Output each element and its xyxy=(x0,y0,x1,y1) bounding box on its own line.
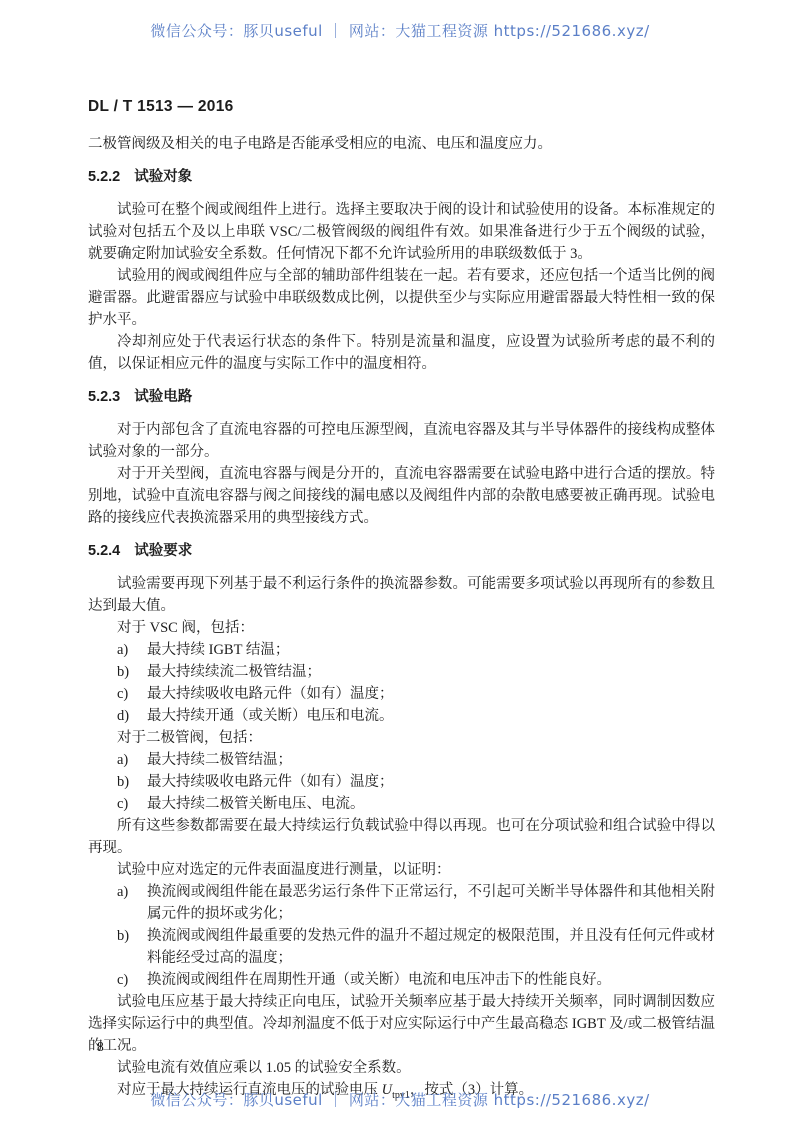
list-item-label: c) xyxy=(117,683,147,705)
list-item-label: b) xyxy=(117,925,147,969)
paragraph: 冷却剂应处于代表运行状态的条件下。特别是流量和温度，应设置为试验所考虑的最不利的… xyxy=(88,331,715,375)
list-item: c) 换流阀或阀组件在周期性开通（或关断）电流和电压冲击下的性能良好。 xyxy=(117,969,715,991)
list-item-text: 最大持续吸收电路元件（如有）温度； xyxy=(147,683,715,705)
section-number: 5.2.3 xyxy=(88,389,120,405)
section-title: 试验要求 xyxy=(134,543,192,559)
list-item-label: a) xyxy=(117,881,147,925)
list-item-label: d) xyxy=(117,705,147,727)
paragraph: 试验可在整个阀或阀组件上进行。选择主要取决于阀的设计和试验使用的设备。本标准规定… xyxy=(88,199,715,265)
paragraph: 试验需要再现下列基于最不利运行条件的换流器参数。可能需要多项试验以再现所有的参数… xyxy=(88,573,715,617)
section-title: 试验对象 xyxy=(134,169,192,185)
list-item-text: 换流阀或阀组件最重要的发热元件的温升不超过规定的极限范围，并且没有任何元件或材料… xyxy=(147,925,715,969)
list-item-text: 最大持续开通（或关断）电压和电流。 xyxy=(147,705,715,727)
section-heading-5-2-4: 5.2.4试验要求 xyxy=(88,540,715,562)
section-heading-5-2-3: 5.2.3试验电路 xyxy=(88,386,715,408)
paragraph: 所有这些参数都需要在最大持续运行负载试验中得以再现。也可在分项试验和组合试验中得… xyxy=(88,815,715,859)
list-item: b) 最大持续续流二极管结温； xyxy=(117,661,715,683)
paragraph: 试验电压应基于最大持续正向电压，试验开关频率应基于最大持续开关频率，同时调制因数… xyxy=(88,991,715,1057)
list-item-text: 换流阀或阀组件在周期性开通（或关断）电流和电压冲击下的性能良好。 xyxy=(147,969,715,991)
list-lead: 对于 VSC 阀，包括： xyxy=(88,617,715,639)
paragraph: 对于内部包含了直流电容器的可控电压源型阀，直流电容器及其与半导体器件的接线构成整… xyxy=(88,419,715,463)
list-lead: 对于二极管阀，包括： xyxy=(88,727,715,749)
page-content: DL / T 1513 — 2016 二极管阀级及相关的电子电路是否能承受相应的… xyxy=(88,96,715,1101)
watermark-top: 微信公众号：豚贝useful ｜ 网站：大猫工程资源 https://52168… xyxy=(0,20,800,41)
paragraph: 试验中应对选定的元件表面温度进行测量，以证明： xyxy=(88,859,715,881)
list-item: a) 换流阀或阀组件能在最恶劣运行条件下正常运行，不引起可关断半导体器件和其他相… xyxy=(117,881,715,925)
list-item-label: a) xyxy=(117,749,147,771)
list-item-label: c) xyxy=(117,793,147,815)
page-number: 8 xyxy=(97,1039,104,1055)
list-item-text: 最大持续吸收电路元件（如有）温度； xyxy=(147,771,715,793)
list-item: c) 最大持续吸收电路元件（如有）温度； xyxy=(117,683,715,705)
paragraph: 对于开关型阀，直流电容器与阀是分开的，直流电容器需要在试验电路中进行合适的摆放。… xyxy=(88,463,715,529)
list-item-label: c) xyxy=(117,969,147,991)
list-item: b) 最大持续吸收电路元件（如有）温度； xyxy=(117,771,715,793)
list-item: d) 最大持续开通（或关断）电压和电流。 xyxy=(117,705,715,727)
list-item: a) 最大持续 IGBT 结温； xyxy=(117,639,715,661)
paragraph: 试验用的阀或阀组件应与全部的辅助部件组装在一起。若有要求，还应包括一个适当比例的… xyxy=(88,265,715,331)
list-item-label: b) xyxy=(117,771,147,793)
section-heading-5-2-2: 5.2.2试验对象 xyxy=(88,166,715,188)
list-item-text: 最大持续续流二极管结温； xyxy=(147,661,715,683)
list-item-text: 最大持续 IGBT 结温； xyxy=(147,639,715,661)
section-number: 5.2.4 xyxy=(88,543,120,559)
list-item-label: a) xyxy=(117,639,147,661)
watermark-bottom: 微信公众号：豚贝useful ｜ 网站：大猫工程资源 https://52168… xyxy=(0,1089,800,1110)
paragraph: 试验电流有效值应乘以 1.05 的试验安全系数。 xyxy=(88,1057,715,1079)
list-item-label: b) xyxy=(117,661,147,683)
section-title: 试验电路 xyxy=(134,389,192,405)
intro-paragraph: 二极管阀级及相关的电子电路是否能承受相应的电流、电压和温度应力。 xyxy=(88,133,715,155)
list-item: a) 最大持续二极管结温； xyxy=(117,749,715,771)
list-item: c) 最大持续二极管关断电压、电流。 xyxy=(117,793,715,815)
list-item-text: 换流阀或阀组件能在最恶劣运行条件下正常运行，不引起可关断半导体器件和其他相关附属… xyxy=(147,881,715,925)
section-number: 5.2.2 xyxy=(88,169,120,185)
list-item-text: 最大持续二极管关断电压、电流。 xyxy=(147,793,715,815)
list-item: b) 换流阀或阀组件最重要的发热元件的温升不超过规定的极限范围，并且没有任何元件… xyxy=(117,925,715,969)
list-item-text: 最大持续二极管结温； xyxy=(147,749,715,771)
doc-code: DL / T 1513 — 2016 xyxy=(88,96,715,118)
